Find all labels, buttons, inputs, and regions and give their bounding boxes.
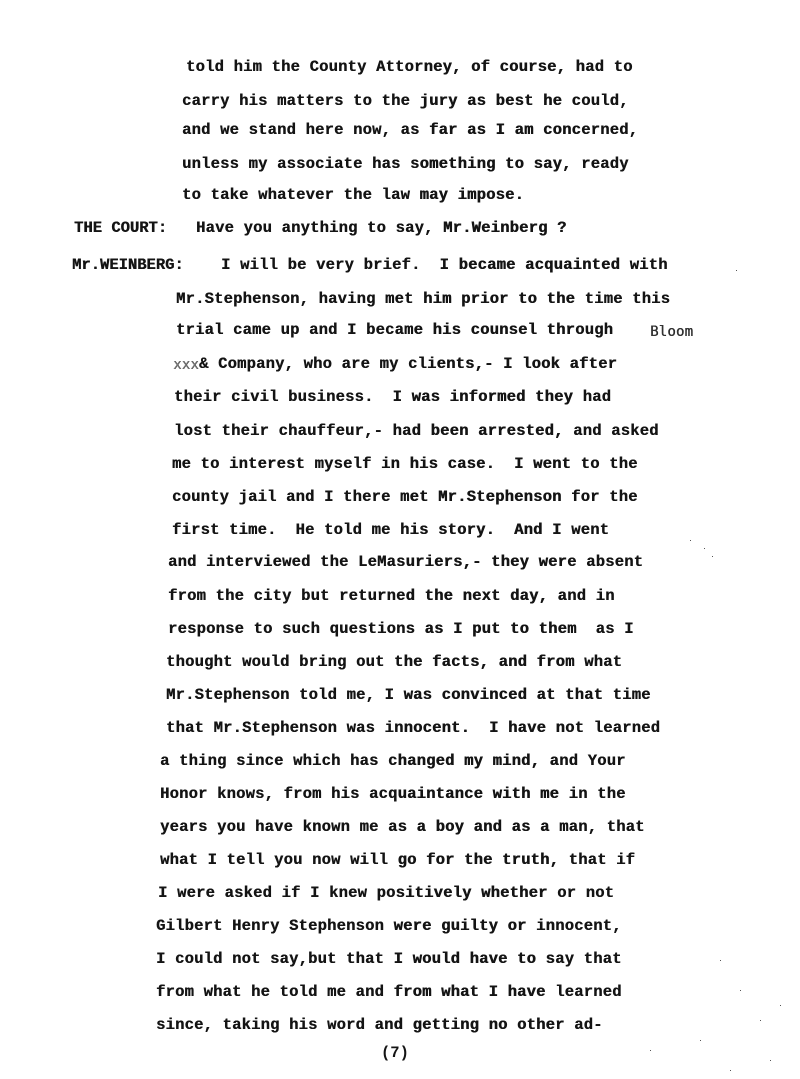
text-line: first time. He told me his story. And I … bbox=[172, 521, 609, 539]
scan-speck bbox=[720, 960, 721, 961]
court-question-text: Have you anything to say, Mr.Weinberg ? bbox=[196, 219, 567, 237]
text-line: what I tell you now will go for the trut… bbox=[160, 851, 635, 869]
text-line: years you have known me as a boy and as … bbox=[160, 818, 645, 836]
text-line: and interviewed the LeMasuriers,- they w… bbox=[168, 553, 643, 571]
text-line: their civil business. I was informed the… bbox=[174, 388, 611, 406]
text-line: and we stand here now, as far as I am co… bbox=[182, 121, 638, 139]
text-line: since, taking his word and getting no ot… bbox=[156, 1016, 603, 1034]
transcript-page: told him the County Attorney, of course,… bbox=[0, 0, 800, 1079]
scan-speck bbox=[760, 1020, 761, 1021]
scan-speck bbox=[736, 270, 737, 271]
text-line: lost their chauffeur,- had been arrested… bbox=[174, 422, 659, 440]
scan-speck bbox=[650, 1050, 651, 1051]
text-line: county jail and I there met Mr.Stephenso… bbox=[172, 488, 638, 506]
scan-speck bbox=[712, 556, 713, 557]
scan-speck bbox=[704, 548, 705, 549]
text-line: Gilbert Henry Stephenson were guilty or … bbox=[156, 917, 622, 935]
text-line: Honor knows, from his acquaintance with … bbox=[160, 785, 626, 803]
text-line: I were asked if I knew positively whethe… bbox=[158, 884, 614, 902]
scan-speck bbox=[740, 990, 741, 991]
text-line: me to interest myself in his case. I wen… bbox=[172, 455, 638, 473]
scan-speck bbox=[700, 1040, 701, 1041]
scan-speck bbox=[770, 1060, 771, 1061]
text-line: response to such questions as I put to t… bbox=[168, 620, 634, 638]
text-line: unless my associate has something to say… bbox=[182, 155, 629, 173]
text-line: from the city but returned the next day,… bbox=[168, 587, 615, 605]
text-line: Mr.Stephenson told me, I was convinced a… bbox=[166, 686, 651, 704]
text-line: Mr.Stephenson, having met him prior to t… bbox=[176, 290, 670, 308]
scan-speck bbox=[780, 1005, 781, 1006]
text-line: thought would bring out the facts, and f… bbox=[166, 653, 622, 671]
page-number: (7) bbox=[381, 1044, 409, 1062]
text-line: & Company, who are my clients,- I look a… bbox=[199, 355, 617, 373]
text-line: that Mr.Stephenson was innocent. I have … bbox=[166, 719, 660, 737]
handwritten-insertion: Bloom bbox=[650, 324, 693, 340]
text-line: trial came up and I became his counsel t… bbox=[176, 321, 613, 339]
text-line: I will be very brief. I became acquainte… bbox=[221, 256, 668, 274]
text-line: from what he told me and from what I hav… bbox=[156, 983, 622, 1001]
struck-text: xxx bbox=[173, 357, 199, 373]
text-line: carry his matters to the jury as best he… bbox=[182, 92, 629, 110]
text-line: I could not say,but that I would have to… bbox=[156, 950, 622, 968]
speaker-label-weinberg: Mr.WEINBERG: bbox=[72, 256, 184, 274]
scan-speck bbox=[730, 1070, 731, 1071]
text-line: told him the County Attorney, of course,… bbox=[186, 58, 633, 76]
scan-speck bbox=[690, 540, 691, 541]
text-line: to take whatever the law may impose. bbox=[182, 186, 524, 204]
text-line: a thing since which has changed my mind,… bbox=[160, 752, 626, 770]
speaker-label-court: THE COURT: bbox=[74, 219, 167, 237]
